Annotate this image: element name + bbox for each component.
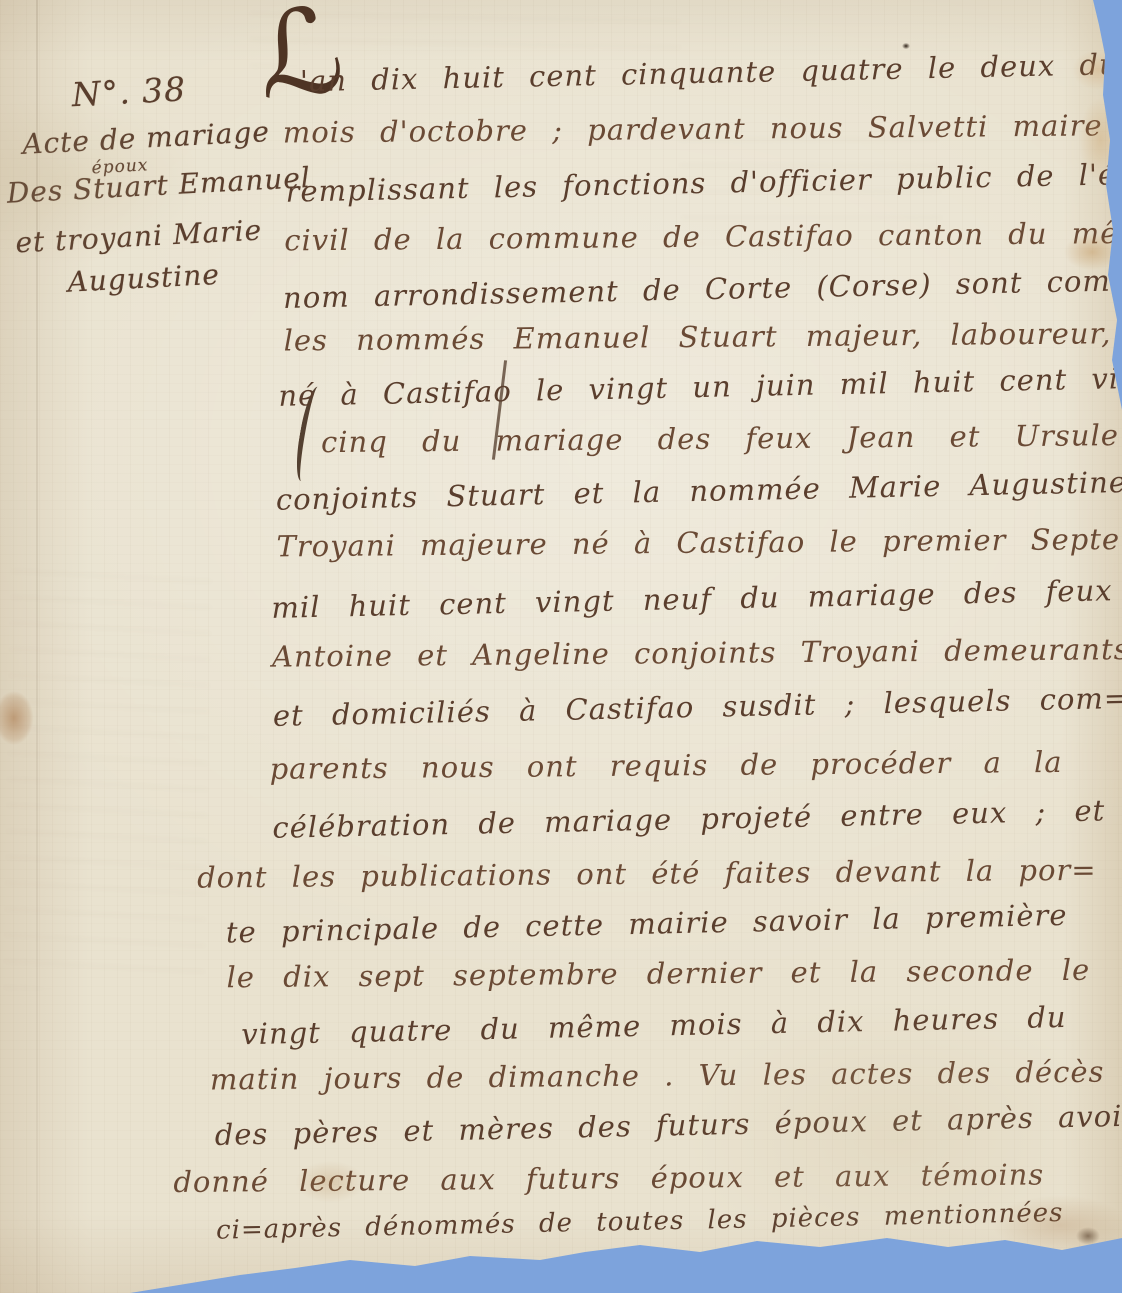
manuscript-line: te principale de cette mairie savoir la … [226, 898, 1068, 950]
manuscript-line: parents nous ont requis de procéder a la [269, 745, 1062, 786]
ink-bleedthrough [250, 4, 681, 66]
manuscript-line: vingt quatre du même mois à dix heures d… [241, 1000, 1067, 1051]
fold-crease [36, 0, 38, 1293]
ink-flourish [492, 360, 507, 460]
manuscript-line: mil huit cent vingt neuf du mariage des … [271, 573, 1113, 625]
manuscript-line: remplissant les fonctions d'officier pub… [285, 156, 1122, 208]
manuscript-line: Antoine et Angeline conjoints Troyani de… [272, 632, 1122, 673]
manuscript-line: matin jours de dimanche . Vu les actes d… [210, 1055, 1105, 1097]
manuscript-line: mois d'octobre ; pardevant nous Salvetti… [283, 108, 1103, 149]
interline-insertion: époux [91, 155, 149, 178]
act-title: Acte de mariage [21, 115, 270, 161]
manuscript-line: civil de la commune de Castifao canton d… [284, 216, 1122, 258]
manuscript-line: Troyani majeure né à Castifao le premier… [276, 521, 1122, 563]
manuscript-line: donné lecture aux futurs époux et aux té… [173, 1157, 1044, 1199]
manuscript-line: et domiciliés à Castifao susdit ; lesque… [273, 681, 1122, 733]
spouse-names-line: Des Stuart Emanuel [6, 161, 312, 210]
manuscript-line: des pères et mères des futurs époux et a… [214, 1099, 1122, 1152]
spouse-names-line: Augustine [67, 258, 221, 299]
ink-bleedthrough [4, 558, 211, 991]
manuscript-line: ci=après dénommés de toutes les pièces m… [216, 1198, 1064, 1246]
spouse-names-line: et troyani Marie [15, 214, 263, 260]
decorative-initial-L: ℒ [252, 0, 349, 116]
manuscript-line: dont les publications ont été faites dev… [197, 853, 1097, 895]
ink-bleedthrough [678, 115, 942, 244]
manuscript-line: 'an dix huit cent cinquante quatre le de… [300, 47, 1119, 98]
manuscript-line: célébration de mariage projeté entre eux… [272, 793, 1106, 844]
ink-flourish [292, 385, 327, 483]
manuscript-line: conjoints Stuart et la nommée Marie Augu… [276, 465, 1122, 517]
manuscript-line: les nommés Emanuel Stuart majeur, labour… [283, 316, 1111, 357]
manuscript-line: le dix sept septembre dernier et la seco… [226, 953, 1090, 995]
manuscript-line: nom arrondissement de Corte (Corse) sont… [283, 261, 1122, 315]
act-number: N°. 38 [71, 69, 187, 114]
manuscript-body: 'an dix huit cent cinquante quatre le de… [0, 0, 1122, 1293]
manuscript-page: N°. 38 Acte de mariage époux Des Stuart … [0, 0, 1122, 1293]
manuscript-line: né à Castifao le vingt un juin mil huit … [278, 360, 1122, 413]
scan-background: N°. 38 Acte de mariage époux Des Stuart … [0, 0, 1122, 1293]
manuscript-line: cinq du mariage des feux Jean et Ursule [321, 418, 1119, 459]
